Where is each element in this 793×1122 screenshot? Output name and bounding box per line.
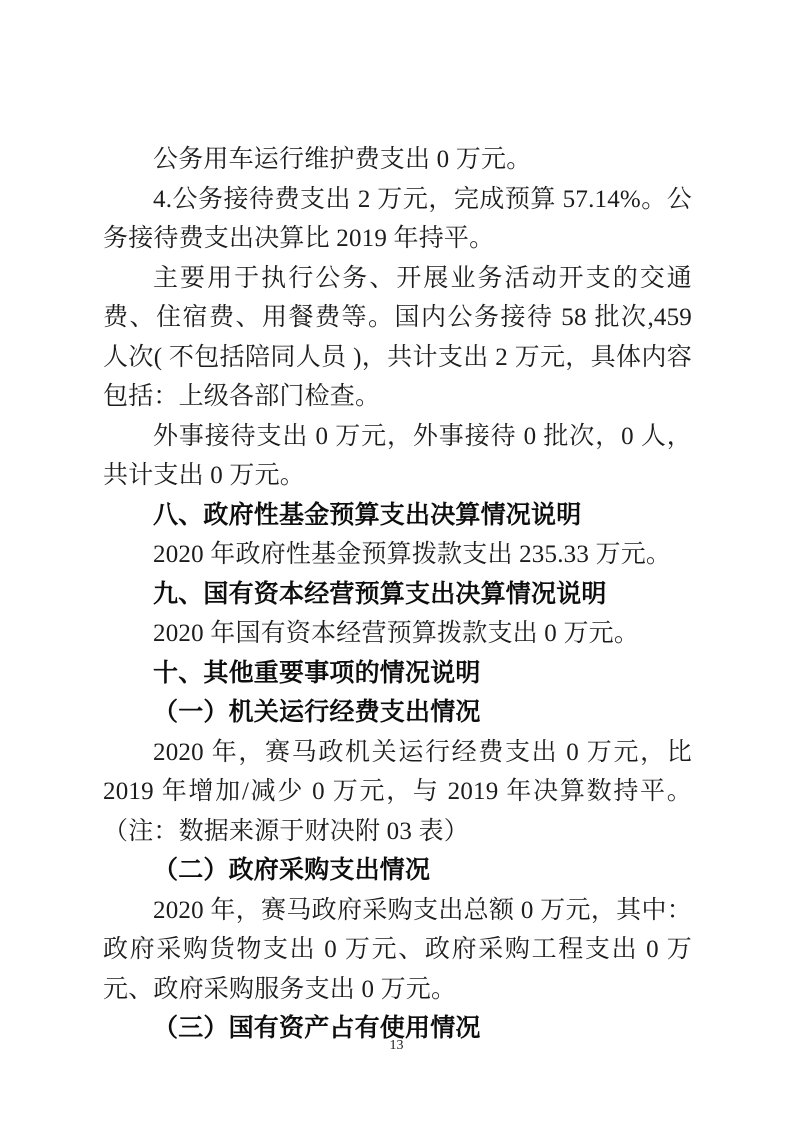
section-heading-8-government-funds: 八、政府性基金预算支出决算情况说明	[103, 496, 692, 536]
paragraph-official-reception-budget: 4.公务接待费支出 2 万元，完成预算 57.14%。公务接待费支出决算比 20…	[103, 180, 692, 259]
paragraph-agency-operating-costs: 2020 年，赛马政机关运行经费支出 0 万元，比 2019 年增加/减少 0 …	[103, 733, 692, 852]
subsection-heading-1-agency-operating-costs: （一）机关运行经费支出情况	[103, 693, 692, 733]
paragraph-domestic-reception-detail: 主要用于执行公务、开展业务活动开支的交通费、住宿费、用餐费等。国内公务接待 58…	[103, 259, 692, 417]
paragraph-government-funds-expenditure: 2020 年政府性基金预算拨款支出 235.33 万元。	[103, 535, 692, 575]
paragraph-state-capital-expenditure: 2020 年国有资本经营预算拨款支出 0 万元。	[103, 614, 692, 654]
section-heading-9-state-capital: 九、国有资本经营预算支出决算情况说明	[103, 575, 692, 615]
subsection-heading-2-government-procurement: （二）政府采购支出情况	[103, 851, 692, 891]
paragraph-vehicle-maintenance: 公务用车运行维护费支出 0 万元。	[103, 140, 692, 180]
text-column: 公务用车运行维护费支出 0 万元。 4.公务接待费支出 2 万元，完成预算 57…	[103, 140, 692, 1049]
document-page: 公务用车运行维护费支出 0 万元。 4.公务接待费支出 2 万元，完成预算 57…	[0, 0, 793, 1122]
paragraph-foreign-reception: 外事接待支出 0 万元，外事接待 0 批次，0 人，共计支出 0 万元。	[103, 417, 692, 496]
paragraph-government-procurement: 2020 年，赛马政府采购支出总额 0 万元，其中：政府采购货物支出 0 万元、…	[103, 891, 692, 1010]
section-heading-10-other-matters: 十、其他重要事项的情况说明	[103, 654, 692, 694]
page-number: 13	[0, 1038, 793, 1054]
